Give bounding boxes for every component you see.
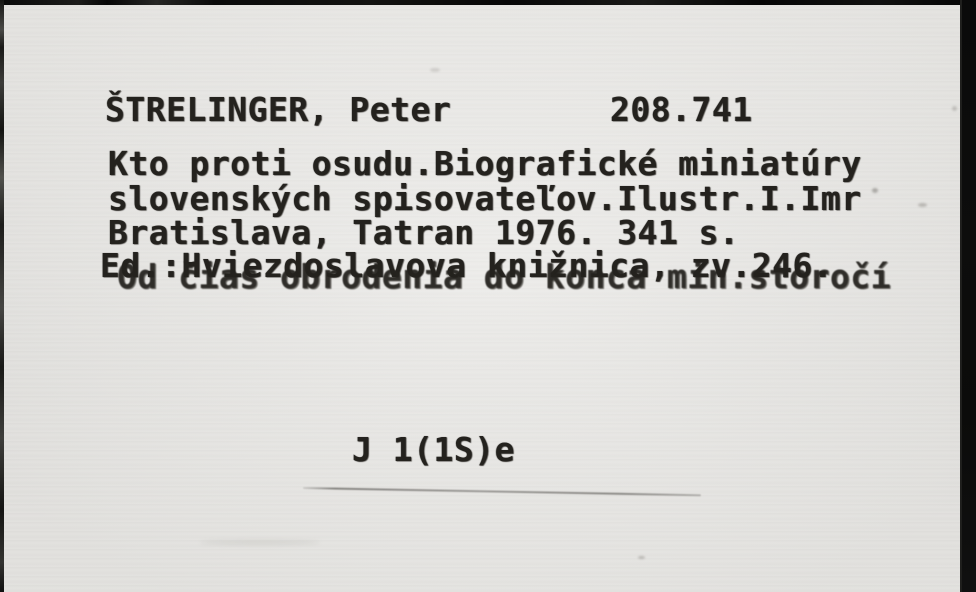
overstruck-annotation: Od čias obrodenia do konca min.storočí bbox=[117, 257, 891, 296]
scan-edge-left bbox=[0, 0, 4, 592]
catalog-card-scan: ŠTRELINGER, Peter 208.741 Kto proti osud… bbox=[0, 0, 976, 592]
title-line-1: Kto proti osudu.Biografické miniatúry bbox=[108, 144, 862, 183]
scan-edge-top bbox=[0, 0, 976, 5]
scan-speck bbox=[872, 188, 878, 193]
scan-edge-right bbox=[960, 0, 976, 592]
call-signature: J 1(1S)e bbox=[352, 430, 515, 469]
scan-smudge bbox=[200, 540, 320, 545]
shelf-number: 208.741 bbox=[610, 90, 753, 129]
handwritten-underline bbox=[303, 487, 701, 496]
scan-speck bbox=[430, 68, 440, 72]
author-name: ŠTRELINGER, Peter bbox=[105, 90, 451, 129]
scan-speck bbox=[952, 106, 957, 111]
scan-speck bbox=[918, 203, 927, 207]
scan-speck bbox=[638, 556, 645, 559]
